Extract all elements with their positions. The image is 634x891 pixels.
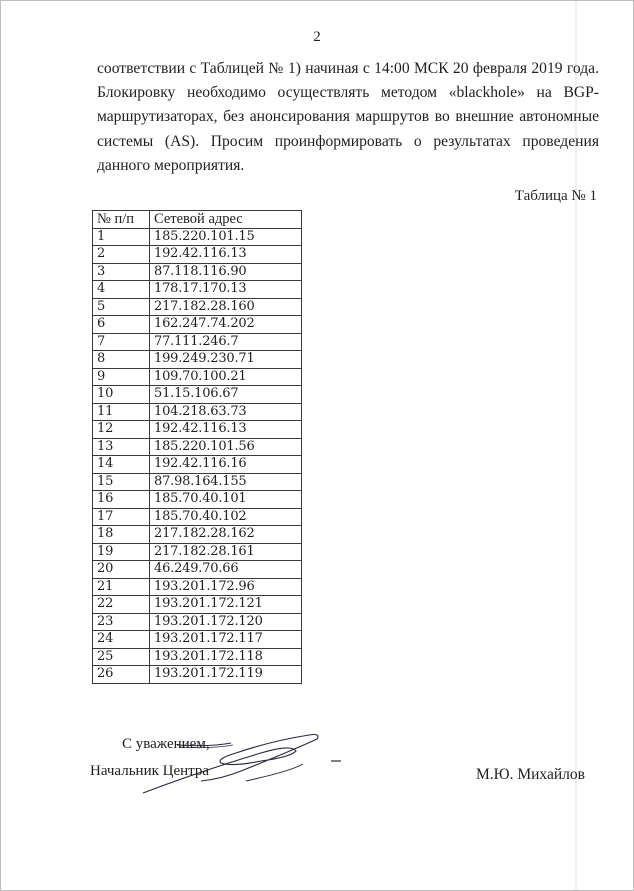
- row-number: 2: [93, 246, 150, 264]
- row-number: 25: [93, 648, 150, 666]
- row-number: 24: [93, 631, 150, 649]
- row-number: 3: [93, 263, 150, 281]
- table-row: 12192.42.116.13: [93, 421, 302, 439]
- table-caption: Таблица № 1: [515, 188, 597, 205]
- table-body: 1185.220.101.152192.42.116.13387.118.116…: [93, 228, 302, 683]
- table-row: 9109.70.100.21: [93, 368, 302, 386]
- table-row: 17185.70.40.102: [93, 508, 302, 526]
- table-row: 13185.220.101.56: [93, 438, 302, 456]
- row-number: 21: [93, 578, 150, 596]
- table-row: 1051.15.106.67: [93, 386, 302, 404]
- row-number: 6: [93, 316, 150, 334]
- table-row: 24193.201.172.117: [93, 631, 302, 649]
- row-number: 15: [93, 473, 150, 491]
- table-row: 2192.42.116.13: [93, 246, 302, 264]
- ip-address: 77.111.246.7: [150, 333, 302, 351]
- body-paragraph: соответствии с Таблицей № 1) начиная с 1…: [97, 57, 599, 178]
- table-row: 23193.201.172.120: [93, 613, 302, 631]
- row-number: 10: [93, 386, 150, 404]
- header-number: № п/п: [93, 211, 150, 229]
- ip-address: 217.182.28.161: [150, 543, 302, 561]
- table-row: 21193.201.172.96: [93, 578, 302, 596]
- ip-address: 185.70.40.101: [150, 491, 302, 509]
- row-number: 4: [93, 281, 150, 299]
- document-page: 2 соответствии с Таблицей № 1) начиная с…: [0, 0, 634, 891]
- table-row: 16185.70.40.101: [93, 491, 302, 509]
- row-number: 20: [93, 561, 150, 579]
- table-header-row: № п/п Сетевой адрес: [93, 211, 302, 229]
- ip-address: 193.201.172.117: [150, 631, 302, 649]
- table-row: 5217.182.28.160: [93, 298, 302, 316]
- ip-address: 193.201.172.119: [150, 666, 302, 684]
- table-row: 11104.218.63.73: [93, 403, 302, 421]
- ip-address: 162.247.74.202: [150, 316, 302, 334]
- row-number: 22: [93, 596, 150, 614]
- ip-address: 192.42.116.13: [150, 421, 302, 439]
- row-number: 26: [93, 666, 150, 684]
- ip-address: 185.70.40.102: [150, 508, 302, 526]
- row-number: 23: [93, 613, 150, 631]
- table-row: 19217.182.28.161: [93, 543, 302, 561]
- ip-address: 193.201.172.120: [150, 613, 302, 631]
- ip-address: 217.182.28.162: [150, 526, 302, 544]
- row-number: 7: [93, 333, 150, 351]
- row-number: 9: [93, 368, 150, 386]
- row-number: 18: [93, 526, 150, 544]
- signer-position: Начальник Центра: [90, 763, 209, 780]
- row-number: 11: [93, 403, 150, 421]
- table-row: 22193.201.172.121: [93, 596, 302, 614]
- row-number: 1: [93, 228, 150, 246]
- table-row: 2046.249.70.66: [93, 561, 302, 579]
- ip-address: 87.98.164.155: [150, 473, 302, 491]
- table-row: 1185.220.101.15: [93, 228, 302, 246]
- ip-address: 193.201.172.118: [150, 648, 302, 666]
- signer-name: М.Ю. Михайлов: [476, 766, 585, 784]
- ip-address: 185.220.101.56: [150, 438, 302, 456]
- ip-address: 193.201.172.96: [150, 578, 302, 596]
- ip-address: 185.220.101.15: [150, 228, 302, 246]
- ip-address: 192.42.116.16: [150, 456, 302, 474]
- row-number: 19: [93, 543, 150, 561]
- ip-address: 51.15.106.67: [150, 386, 302, 404]
- table-row: 6162.247.74.202: [93, 316, 302, 334]
- row-number: 5: [93, 298, 150, 316]
- table-row: 387.118.116.90: [93, 263, 302, 281]
- ip-address: 192.42.116.13: [150, 246, 302, 264]
- ip-address: 87.118.116.90: [150, 263, 302, 281]
- row-number: 17: [93, 508, 150, 526]
- table-row: 25193.201.172.118: [93, 648, 302, 666]
- row-number: 13: [93, 438, 150, 456]
- table-row: 26193.201.172.119: [93, 666, 302, 684]
- table-row: 18217.182.28.162: [93, 526, 302, 544]
- ip-address: 109.70.100.21: [150, 368, 302, 386]
- table-row: 4178.17.170.13: [93, 281, 302, 299]
- ip-address: 104.218.63.73: [150, 403, 302, 421]
- closing-salutation: С уважением,: [122, 736, 210, 753]
- row-number: 8: [93, 351, 150, 369]
- table-row: 14192.42.116.16: [93, 456, 302, 474]
- paragraph-text: соответствии с Таблицей № 1) начиная с 1…: [97, 57, 599, 178]
- ip-address: 46.249.70.66: [150, 561, 302, 579]
- ip-address: 178.17.170.13: [150, 281, 302, 299]
- row-number: 16: [93, 491, 150, 509]
- ip-address: 193.201.172.121: [150, 596, 302, 614]
- ip-address: 199.249.230.71: [150, 351, 302, 369]
- row-number: 12: [93, 421, 150, 439]
- table-row: 1587.98.164.155: [93, 473, 302, 491]
- page-number: 2: [1, 29, 633, 46]
- row-number: 14: [93, 456, 150, 474]
- table-row: 777.111.246.7: [93, 333, 302, 351]
- table-row: 8199.249.230.71: [93, 351, 302, 369]
- ip-address-table: № п/п Сетевой адрес 1185.220.101.152192.…: [92, 210, 302, 684]
- header-address: Сетевой адрес: [150, 211, 302, 229]
- ip-address: 217.182.28.160: [150, 298, 302, 316]
